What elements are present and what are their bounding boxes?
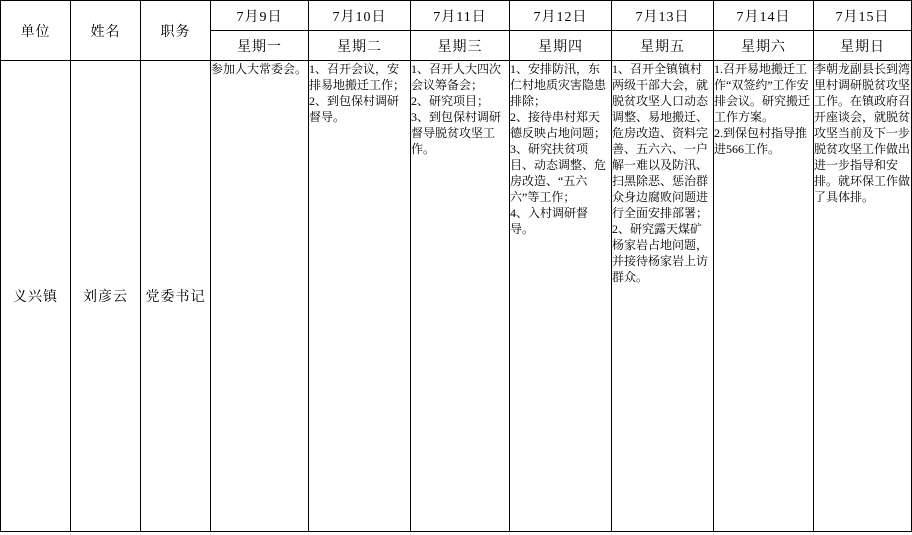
cell-title: 党委书记	[141, 61, 211, 532]
schedule-text-tue: 1、召开会议，安排易地搬迁工作； 2、到包保村调研督导。	[309, 61, 410, 125]
header-weekday-tue: 星期二	[309, 31, 411, 61]
schedule-text-fri: 1、召开全镇镇村两级干部大会，就脱贫攻坚人口动态调整、易地搬迁、危房改造、资料完…	[612, 61, 713, 285]
header-date-jul10: 7月10日	[309, 1, 411, 31]
unit-value: 义兴镇	[13, 290, 58, 305]
header-date-jul14: 7月14日	[714, 1, 814, 31]
cell-name: 刘彦云	[71, 61, 141, 532]
header-weekday-wed: 星期三	[411, 31, 510, 61]
title-value: 党委书记	[146, 290, 206, 305]
header-weekday-sat: 星期六	[714, 31, 814, 61]
schedule-text-wed: 1、召开人大四次会议筹备会； 2、研究项目； 3、到包保村调研督导脱贫攻坚工作。	[411, 61, 509, 157]
header-date-jul11: 7月11日	[411, 1, 510, 31]
schedule-text-sun: 李朝龙副县长到湾里村调研脱贫攻坚工作。在镇政府召开座谈会，就脱贫攻坚当前及下一步…	[814, 61, 911, 205]
header-unit: 单位	[1, 1, 71, 61]
schedule-cell-fri: 1、召开全镇镇村两级干部大会，就脱贫攻坚人口动态调整、易地搬迁、危房改造、资料完…	[612, 61, 714, 532]
header-date-row: 单位 姓名 职务 7月9日 7月10日 7月11日 7月12日 7月13日 7月…	[1, 1, 912, 31]
header-weekday-sun: 星期日	[814, 31, 912, 61]
header-date-jul13: 7月13日	[612, 1, 714, 31]
work-schedule-table: 单位 姓名 职务 7月9日 7月10日 7月11日 7月12日 7月13日 7月…	[0, 0, 912, 532]
schedule-text-sat: 1.召开易地搬迁工作“双签约”工作安排会议。研究搬迁工作方案。 2.到保包村指导…	[714, 61, 813, 157]
header-weekday-mon: 星期一	[211, 31, 309, 61]
schedule-cell-mon: 参加人大常委会。	[211, 61, 309, 532]
schedule-text-thu: 1、安排防汛，东仁村地质灾害隐患排除； 2、接待串村郑天德反映占地问题； 3、研…	[510, 61, 611, 237]
table-header: 单位 姓名 职务 7月9日 7月10日 7月11日 7月12日 7月13日 7月…	[1, 1, 912, 61]
cell-unit: 义兴镇	[1, 61, 71, 532]
schedule-text-mon: 参加人大常委会。	[211, 61, 308, 77]
name-value: 刘彦云	[83, 290, 128, 305]
schedule-cell-sun: 李朝龙副县长到湾里村调研脱贫攻坚工作。在镇政府召开座谈会，就脱贫攻坚当前及下一步…	[814, 61, 912, 532]
table-row: 义兴镇 刘彦云 党委书记 参加人大常委会。 1、召开会议，安排易地搬迁工作； 2…	[1, 61, 912, 532]
schedule-cell-thu: 1、安排防汛，东仁村地质灾害隐患排除； 2、接待串村郑天德反映占地问题； 3、研…	[510, 61, 612, 532]
schedule-cell-sat: 1.召开易地搬迁工作“双签约”工作安排会议。研究搬迁工作方案。 2.到保包村指导…	[714, 61, 814, 532]
header-title: 职务	[141, 1, 211, 61]
header-name: 姓名	[71, 1, 141, 61]
header-date-jul12: 7月12日	[510, 1, 612, 31]
header-weekday-fri: 星期五	[612, 31, 714, 61]
schedule-cell-tue: 1、召开会议，安排易地搬迁工作； 2、到包保村调研督导。	[309, 61, 411, 532]
header-weekday-thu: 星期四	[510, 31, 612, 61]
header-date-jul9: 7月9日	[211, 1, 309, 31]
header-date-jul15: 7月15日	[814, 1, 912, 31]
schedule-cell-wed: 1、召开人大四次会议筹备会； 2、研究项目； 3、到包保村调研督导脱贫攻坚工作。	[411, 61, 510, 532]
table-body: 义兴镇 刘彦云 党委书记 参加人大常委会。 1、召开会议，安排易地搬迁工作； 2…	[1, 61, 912, 532]
schedule-page: 单位 姓名 职务 7月9日 7月10日 7月11日 7月12日 7月13日 7月…	[0, 0, 912, 535]
